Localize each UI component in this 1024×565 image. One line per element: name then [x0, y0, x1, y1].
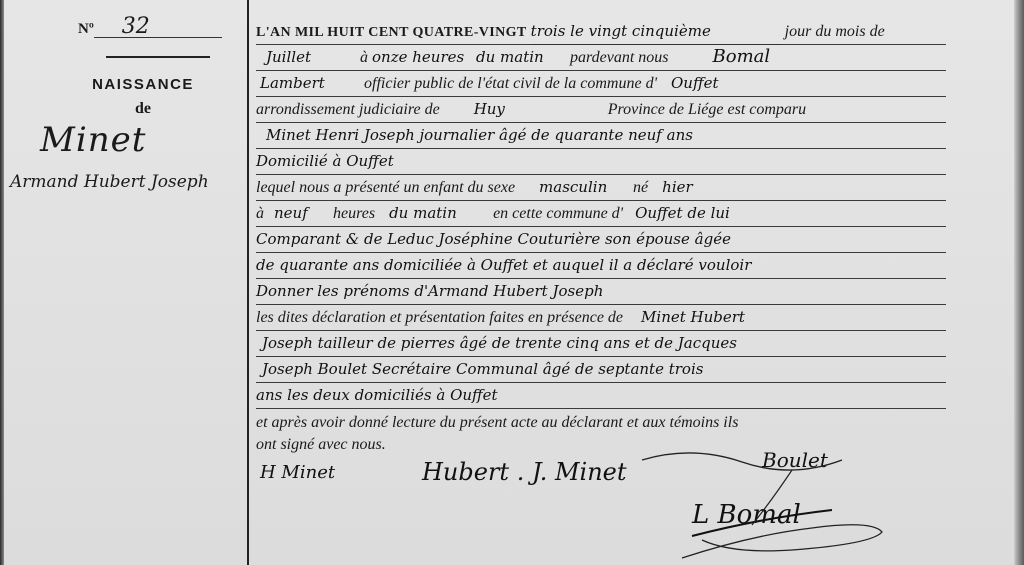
signature-witness-1: Hubert . J. Minet — [422, 458, 627, 486]
printed-text: et après avoir donné lecture du présent … — [256, 414, 738, 431]
signature-flourish-icon — [632, 440, 912, 565]
printed-text: L'AN MIL HUIT CENT QUATRE-VINGT — [256, 25, 527, 40]
handwritten-domicile: Domicilié à Ouffet — [256, 152, 394, 170]
printed-text: officier public de l'état civil de la co… — [364, 75, 657, 92]
body-line-11: Donner les prénoms d'Armand Hubert Josep… — [256, 278, 946, 305]
handwritten-birth-day: hier — [652, 178, 693, 196]
body-line-13: Joseph tailleur de pierres âgé de trente… — [256, 330, 946, 357]
handwritten-birth-hour: neuf — [268, 200, 329, 226]
number-label: Nº — [78, 21, 94, 38]
handwritten-date: trois le vingt cinquième — [531, 18, 781, 45]
handwritten-witness-1: Minet Hubert — [627, 308, 745, 326]
body-line-14: Joseph Boulet Secrétaire Communal âgé de… — [256, 356, 946, 383]
record-number: Nº 32 — [78, 16, 222, 38]
printed-text: à — [360, 49, 368, 66]
body-line-1: L'AN MIL HUIT CENT QUATRE-VINGT trois le… — [256, 18, 946, 45]
printed-text: arrondissement judiciaire de — [256, 101, 440, 118]
heading-rule — [106, 56, 210, 58]
child-given-names: Armand Hubert Joseph — [10, 172, 209, 192]
body-line-7: lequel nous a présenté un enfant du sexe… — [256, 174, 946, 201]
handwritten-officer-surname: Bomal — [673, 44, 771, 70]
body-line-4: arrondissement judiciaire de Huy Provinc… — [256, 96, 946, 123]
handwritten-officer-firstname: Lambert — [256, 70, 360, 96]
printed-text: ont signé avec nous. — [256, 436, 386, 453]
handwritten-given-names: Donner les prénoms d'Armand Hubert Josep… — [256, 282, 603, 300]
handwritten-birth-place: Ouffet de lui — [627, 204, 730, 222]
body-line-8: à neuf heures du matin en cette commune … — [256, 200, 946, 227]
page-right-edge — [1014, 0, 1024, 565]
body-line-9: Comparant & de Leduc Joséphine Couturièr… — [256, 226, 946, 253]
handwritten-witness-domicile: ans les deux domiciliés à Ouffet — [256, 386, 498, 404]
printed-text: pardevant nous — [570, 49, 669, 66]
margin-column: Nº 32 NAISSANCE de Minet Armand Hubert J… — [0, 0, 246, 565]
body-line-5: Minet Henri Joseph journalier âgé de qua… — [256, 122, 946, 149]
body-line-2: Juillet à onze heures du matin pardevant… — [256, 44, 946, 71]
handwritten-witness-2: Joseph Boulet Secrétaire Communal âgé de… — [256, 360, 703, 378]
number-value: 32 — [94, 16, 222, 38]
body-line-15: ans les deux domiciliés à Ouffet — [256, 382, 946, 409]
printed-text: Province de Liége est comparu — [608, 101, 806, 118]
child-surname: Minet — [40, 120, 146, 160]
printed-text: à — [256, 205, 264, 222]
handwritten-birth-time: du matin — [379, 200, 489, 226]
handwritten-witness-1-detail: Joseph tailleur de pierres âgé de trente… — [256, 334, 737, 352]
printed-text: né — [633, 179, 648, 196]
printed-text: lequel nous a présenté un enfant du sexe — [256, 179, 515, 196]
margin-divider-line — [247, 0, 249, 565]
handwritten-sex: masculin — [519, 174, 629, 200]
handwritten-month: Juillet — [256, 44, 356, 70]
handwritten-mother-domicile: de quarante ans domiciliée à Ouffet et a… — [256, 256, 751, 274]
body-line-10: de quarante ans domiciliée à Ouffet et a… — [256, 252, 946, 279]
body-line-3: Lambert officier public de l'état civil … — [256, 70, 946, 97]
body-line-17: ont signé avec nous. — [256, 432, 386, 458]
heading-de: de — [0, 100, 246, 118]
record-type-heading: NAISSANCE — [0, 76, 246, 93]
handwritten-mother: Comparant & de Leduc Joséphine Couturièr… — [256, 230, 731, 248]
civil-record-page: Nº 32 NAISSANCE de Minet Armand Hubert J… — [0, 0, 1024, 565]
printed-text: jour du mois de — [785, 23, 885, 40]
body-line-12: les dites déclaration et présentation fa… — [256, 304, 946, 331]
record-body: L'AN MIL HUIT CENT QUATRE-VINGT trois le… — [252, 0, 1002, 565]
handwritten-arrondissement: Huy — [444, 96, 604, 122]
signature-declarant: H Minet — [260, 462, 335, 483]
handwritten-commune: Ouffet — [661, 70, 719, 96]
printed-text: heures — [333, 205, 375, 222]
handwritten-hour: onze heures — [372, 44, 472, 70]
body-line-6: Domicilié à Ouffet — [256, 148, 946, 175]
printed-text: en cette commune d' — [493, 205, 623, 222]
handwritten-time-of-day: du matin — [476, 44, 566, 70]
handwritten-declarant: Minet Henri Joseph journalier âgé de qua… — [256, 126, 693, 144]
printed-text: les dites déclaration et présentation fa… — [256, 309, 623, 326]
